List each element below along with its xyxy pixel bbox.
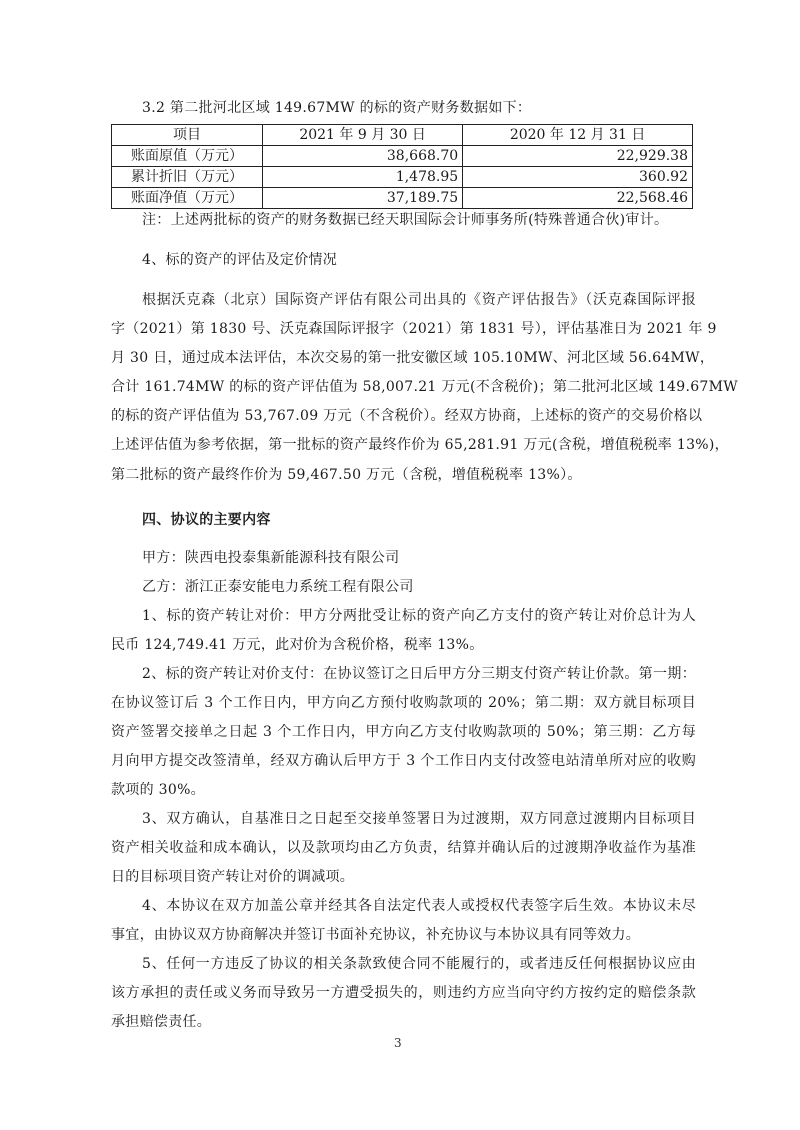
paragraph-line: 根据沃克森（北京）国际资产评估有限公司出具的《资产评估报告》（沃克森国际评报 — [142, 290, 696, 310]
financial-data-table: 项目 2021 年 9 月 30 日 2020 年 12 月 31 日 账面原值… — [111, 124, 693, 209]
clause-5-line: 5、任何一方违反了协议的相关条款致使合同不能履行的，或者违反任何根据协议应由 — [142, 954, 696, 974]
party-b: 乙方：浙江正泰安能电力系统工程有限公司 — [142, 577, 696, 597]
table-header-2020: 2020 年 12 月 31 日 — [463, 125, 693, 146]
section-4-heading: 4、标的资产的评估及定价情况 — [142, 250, 696, 270]
table-header-item: 项目 — [112, 125, 263, 146]
row-label: 账面原值（万元） — [112, 146, 263, 167]
paragraph-line: 第二批标的资产最终作价为 59,467.50 万元（含税，增值税税率 13%）。 — [111, 465, 696, 485]
party-a: 甲方：陕西电投泰集新能源科技有限公司 — [142, 548, 696, 568]
section-iv-heading: 四、协议的主要内容 — [142, 510, 696, 530]
cell-2021: 1,478.95 — [263, 167, 463, 188]
table-row: 累计折旧（万元） 1,478.95 360.92 — [112, 167, 693, 188]
clause-2-line: 资产签署交接单之日起 3 个工作日内，甲方向乙方支付收购款项的 50%；第三期：… — [111, 722, 696, 742]
clause-5-line: 承担赔偿责任。 — [111, 1012, 696, 1032]
clause-2-line: 款项的 30%。 — [111, 780, 696, 800]
clause-1-line: 1、标的资产转让对价：甲方分两批受让标的资产向乙方支付的资产转让对价总计为人 — [142, 606, 696, 626]
table-row: 账面原值（万元） 38,668.70 22,929.38 — [112, 146, 693, 167]
clause-2-line: 在协议签订后 3 个工作日内，甲方向乙方预付收购款项的 20%；第二期：双方就目… — [111, 693, 696, 713]
clause-5-line: 该方承担的责任或义务而导致另一方遭受损失的，则违约方应当向守约方按约定的赔偿条款 — [111, 983, 696, 1003]
section-3-2-heading: 3.2 第二批河北区域 149.67MW 的标的资产财务数据如下： — [142, 98, 696, 118]
document-page: 3.2 第二批河北区域 149.67MW 的标的资产财务数据如下： 项目 202… — [0, 0, 800, 1130]
table-row: 账面净值（万元） 37,189.75 22,568.46 — [112, 188, 693, 209]
row-label: 账面净值（万元） — [112, 188, 263, 209]
clause-4-line: 事宜，由协议双方协商解决并签订书面补充协议，补充协议与本协议具有同等效力。 — [111, 925, 696, 945]
table-header-row: 项目 2021 年 9 月 30 日 2020 年 12 月 31 日 — [112, 125, 693, 146]
paragraph-line: 月 30 日，通过成本法评估，本次交易的第一批安徽区域 105.10MW、河北区… — [111, 348, 696, 368]
cell-2020: 22,929.38 — [463, 146, 693, 167]
page-number: 3 — [394, 1036, 402, 1050]
table-header-2021: 2021 年 9 月 30 日 — [263, 125, 463, 146]
cell-2021: 38,668.70 — [263, 146, 463, 167]
clause-2-line: 2、标的资产转让对价支付：在协议签订之日后甲方分三期支付资产转让价款。第一期： — [142, 664, 696, 684]
paragraph-line: 字（2021）第 1830 号、沃克森国际评报字（2021）第 1831 号），… — [111, 319, 696, 339]
paragraph-line: 的标的资产评估值为 53,767.09 万元（不含税价）。经双方协商，上述标的资… — [111, 406, 696, 426]
cell-2020: 22,568.46 — [463, 188, 693, 209]
paragraph-line: 上述评估值为参考依据，第一批标的资产最终作价为 65,281.91 万元(含税，… — [111, 435, 696, 455]
clause-3-line: 日的目标项目资产转让对价的调减项。 — [111, 867, 696, 887]
clause-2-line: 月向甲方提交改签清单，经双方确认后甲方于 3 个工作日内支付改签电站清单所对应的… — [111, 751, 696, 771]
paragraph-line: 合计 161.74MW 的标的资产评估值为 58,007.21 万元(不含税价)… — [111, 377, 696, 397]
clause-3-line: 资产相关收益和成本确认，以及款项均由乙方负责，结算并确认后的过渡期净收益作为基准 — [111, 838, 696, 858]
table-note: 注：上述两批标的资产的财务数据已经天职国际会计师事务所(特殊普通合伙)审计。 — [142, 210, 696, 230]
cell-2021: 37,189.75 — [263, 188, 463, 209]
cell-2020: 360.92 — [463, 167, 693, 188]
clause-1-line: 民币 124,749.41 万元，此对价为含税价格，税率 13%。 — [111, 635, 696, 655]
clause-4-line: 4、本协议在双方加盖公章并经其各自法定代表人或授权代表签字后生效。本协议未尽 — [142, 896, 696, 916]
row-label: 累计折旧（万元） — [112, 167, 263, 188]
clause-3-line: 3、双方确认，自基准日之日起至交接单签署日为过渡期，双方同意过渡期内目标项目 — [142, 809, 696, 829]
